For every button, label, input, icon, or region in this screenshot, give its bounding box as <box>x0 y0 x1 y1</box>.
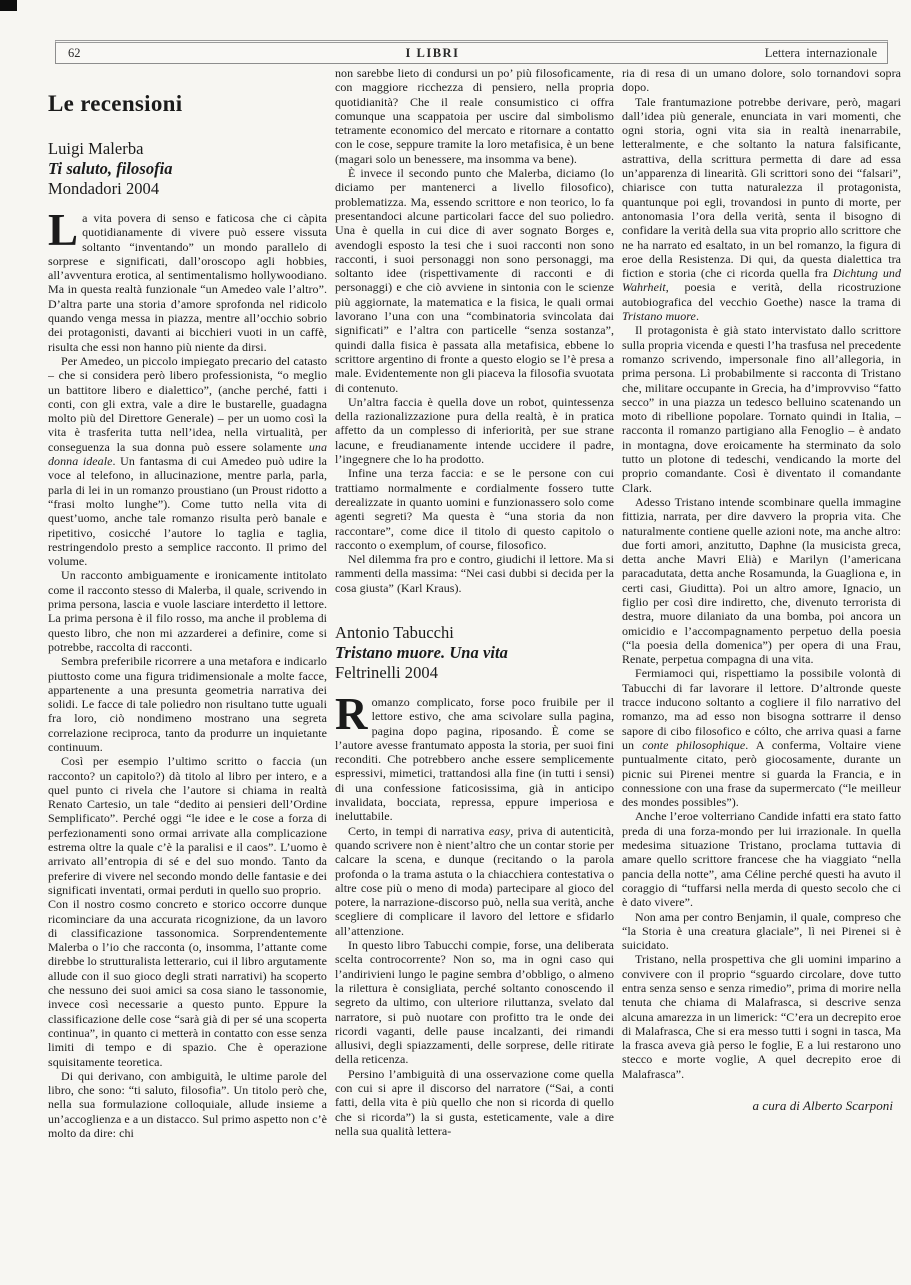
paragraph: Anche l’eroe volterriano Candide infatti… <box>622 809 901 909</box>
review-author: Antonio Tabucchi <box>335 623 614 643</box>
review-heading: Antonio TabucchiTristano muore. Una vita… <box>335 623 614 683</box>
paragraph: Con il nostro cosmo concreto e storico o… <box>48 897 327 1069</box>
byline: a cura di Alberto Scarponi <box>622 1099 901 1113</box>
drop-cap: R <box>335 695 372 733</box>
paragraph: Nel dilemma fra pro e contro, giudichi i… <box>335 552 614 595</box>
paragraph: Così per esempio l’ultimo scritto o facc… <box>48 754 327 897</box>
paragraph: La vita povera di senso e faticosa che c… <box>48 211 327 354</box>
paragraph: È invece il secondo punto che Malerba, d… <box>335 166 614 395</box>
paragraph: Infine una terza faccia: e se le persone… <box>335 466 614 552</box>
review-book-title: Ti saluto, filosofia <box>48 159 327 179</box>
paragraph: Persino l’ambiguità di una osservazione … <box>335 1067 614 1138</box>
paragraph: Di qui derivano, con ambiguità, le ultim… <box>48 1069 327 1140</box>
review-book-title: Tristano muore. Una vita <box>335 643 614 663</box>
paragraph: non sarebbe lieto di condursi un po’ più… <box>335 66 614 166</box>
running-head-magazine: Lettera internazionale <box>667 46 887 61</box>
text-column-2: non sarebbe lieto di condursi un po’ più… <box>335 66 614 1280</box>
running-head-section: I LIBRI <box>198 46 667 61</box>
magazine-page: { "header": { "page_number": "62", "cent… <box>0 0 911 1285</box>
paragraph: Non ama per contro Benjamin, il quale, c… <box>622 910 901 953</box>
paragraph: Un racconto ambiguamente e ironicamente … <box>48 568 327 654</box>
drop-cap: L <box>48 211 82 249</box>
scan-corner-mark <box>0 0 17 11</box>
paragraph: Adesso Tristano intende scombinare quell… <box>622 495 901 667</box>
review-heading: Luigi MalerbaTi saluto, filosofiaMondado… <box>48 139 327 199</box>
text-column-3: ria di resa di un umano dolore, solo tor… <box>622 66 901 1280</box>
paragraph: Romanzo complicato, forse poco fruibile … <box>335 695 614 824</box>
review-publisher: Mondadori 2004 <box>48 179 327 199</box>
page-title: Le recensioni <box>48 92 327 115</box>
paragraph: In questo libro Tabucchi compie, forse, … <box>335 938 614 1067</box>
paragraph: Fermiamoci qui, rispettiamo la possibile… <box>622 666 901 809</box>
text-column-1: Le recensioniLuigi MalerbaTi saluto, fil… <box>48 66 327 1280</box>
paragraph: Per Amedeo, un piccolo impiegato precari… <box>48 354 327 568</box>
paragraph: Certo, in tempi di narrativa easy, priva… <box>335 824 614 938</box>
review-publisher: Feltrinelli 2004 <box>335 663 614 683</box>
article-body: Le recensioniLuigi MalerbaTi saluto, fil… <box>48 66 901 1280</box>
paragraph: Un’altra faccia è quella dove un robot, … <box>335 395 614 466</box>
running-head: 62 I LIBRI Lettera internazionale <box>55 40 888 64</box>
paragraph: Tristano, nella prospettiva che gli uomi… <box>622 952 901 1081</box>
review-author: Luigi Malerba <box>48 139 327 159</box>
paragraph: Il protagonista è già stato intervistato… <box>622 323 901 495</box>
page-number: 62 <box>56 46 198 61</box>
paragraph: Tale frantumazione potrebbe derivare, pe… <box>622 95 901 324</box>
paragraph: ria di resa di un umano dolore, solo tor… <box>622 66 901 95</box>
paragraph: Sembra preferibile ricorrere a una metaf… <box>48 654 327 754</box>
